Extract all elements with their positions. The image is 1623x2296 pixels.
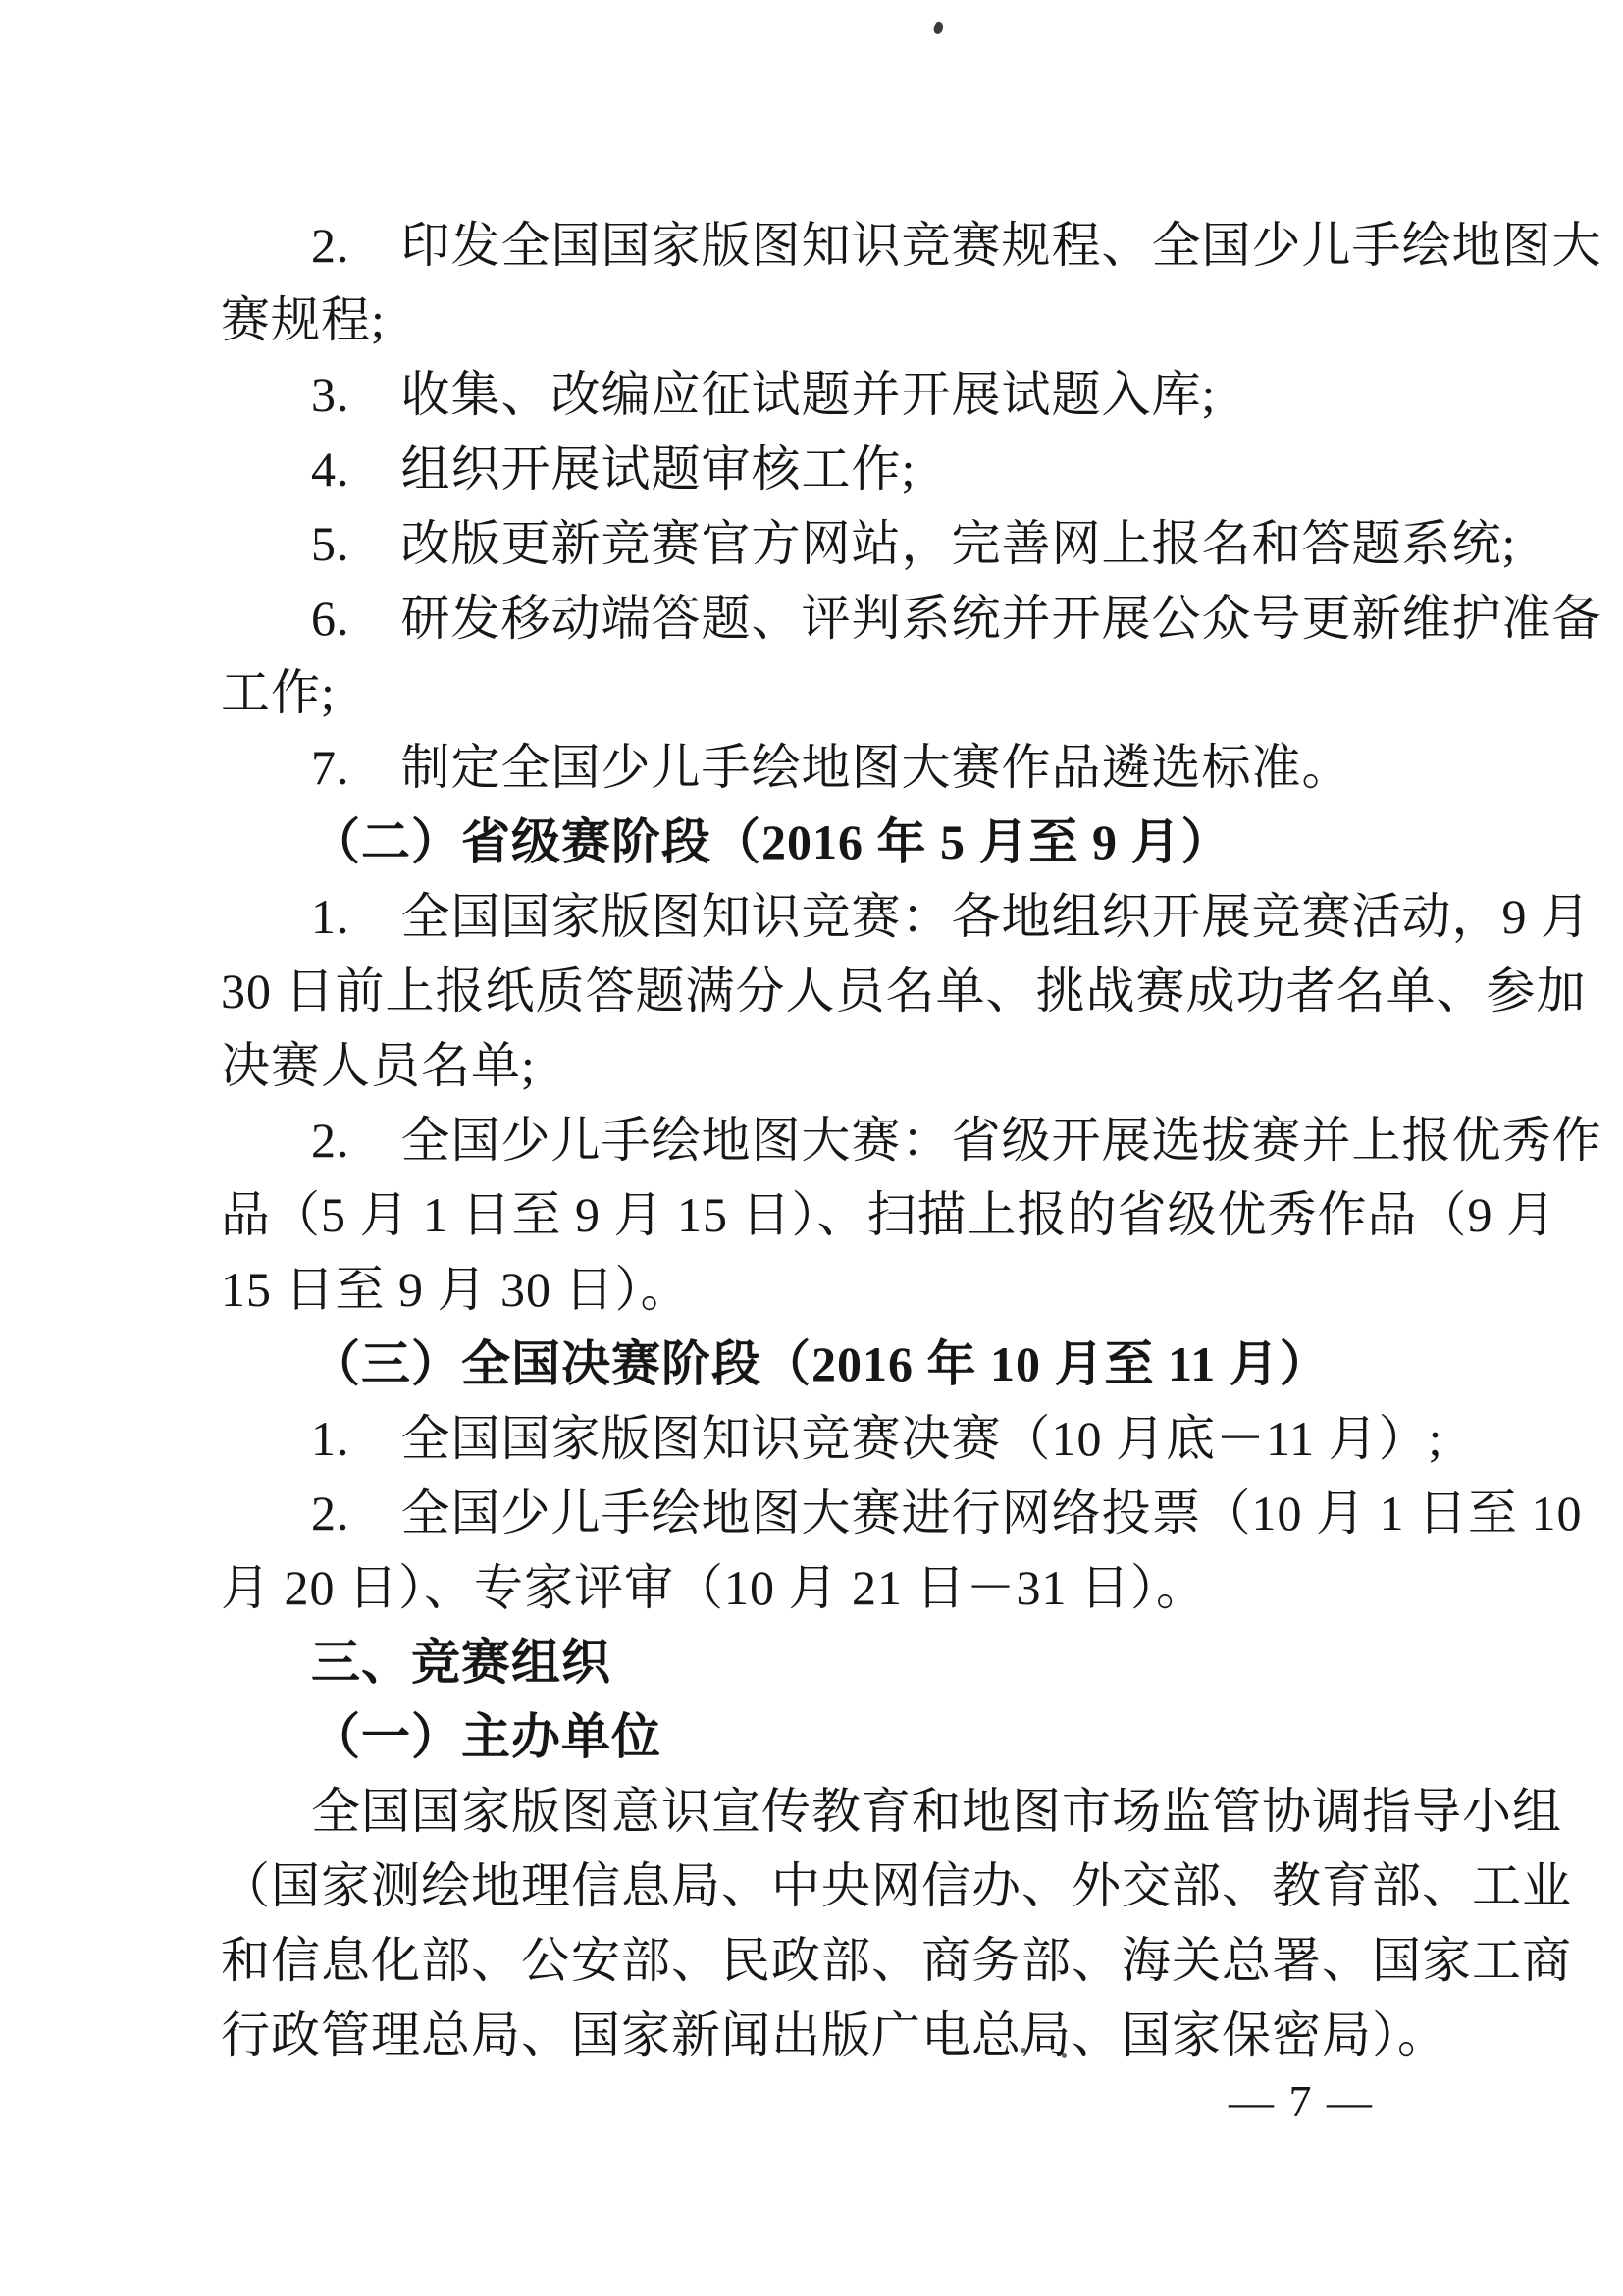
heading-host-unit: （一）主办单位 xyxy=(221,1699,1462,1774)
heading-competition-organization: 三、竞赛组织 xyxy=(221,1625,1462,1699)
final-item-1: 1. 全国国家版图知识竞赛决赛（10 月底－11 月）; xyxy=(221,1401,1462,1476)
numbered-item-5: 5. 改版更新竞赛官方网站，完善网上报名和答题系统; xyxy=(221,506,1462,581)
provincial-item-1-line-1: 1. 全国国家版图知识竞赛：各地组织开展竞赛活动，9 月 xyxy=(221,879,1462,954)
document-body: 2. 印发全国国家版图知识竞赛规程、全国少儿手绘地图大 赛规程; 3. 收集、改… xyxy=(221,208,1462,2072)
numbered-item-6-line-2: 工作; xyxy=(221,655,1462,730)
numbered-item-2-line-2: 赛规程; xyxy=(221,283,1462,357)
provincial-item-1-line-2: 30 日前上报纸质答题满分人员名单、挑战赛成功者名单、参加 xyxy=(221,954,1462,1028)
document-page: 2. 印发全国国家版图知识竞赛规程、全国少儿手绘地图大 赛规程; 3. 收集、改… xyxy=(0,0,1623,2296)
provincial-item-2-line-1: 2. 全国少儿手绘地图大赛：省级开展选拔赛并上报优秀作 xyxy=(221,1103,1462,1177)
page-number: — 7 — xyxy=(1229,2072,1374,2131)
final-item-2-line-1: 2. 全国少儿手绘地图大赛进行网络投票（10 月 1 日至 10 xyxy=(221,1476,1462,1550)
scan-speck xyxy=(1021,2048,1026,2053)
host-unit-para-line-2: （国家测绘地理信息局、中央网信办、外交部、教育部、工业 xyxy=(221,1849,1462,1923)
scan-speck xyxy=(932,21,945,35)
provincial-item-2-line-2: 品（5 月 1 日至 9 月 15 日）、扫描上报的省级优秀作品（9 月 xyxy=(221,1177,1462,1252)
scan-speck xyxy=(1062,2053,1067,2058)
heading-national-final-stage: （三）全国决赛阶段（2016 年 10 月至 11 月） xyxy=(221,1327,1462,1401)
provincial-item-2-line-3: 15 日至 9 月 30 日）。 xyxy=(221,1252,1462,1327)
heading-provincial-stage: （二）省级赛阶段（2016 年 5 月至 9 月） xyxy=(221,805,1462,879)
final-item-2-line-2: 月 20 日）、专家评审（10 月 21 日－31 日）。 xyxy=(221,1550,1462,1625)
numbered-item-3: 3. 收集、改编应征试题并开展试题入库; xyxy=(221,357,1462,432)
numbered-item-2-line-1: 2. 印发全国国家版图知识竞赛规程、全国少儿手绘地图大 xyxy=(221,208,1462,283)
numbered-item-4: 4. 组织开展试题审核工作; xyxy=(221,432,1462,506)
host-unit-para-line-1: 全国国家版图意识宣传教育和地图市场监管协调指导小组 xyxy=(221,1774,1462,1849)
host-unit-para-line-4: 行政管理总局、国家新闻出版广电总局、国家保密局）。 xyxy=(221,1998,1462,2072)
numbered-item-7: 7. 制定全国少儿手绘地图大赛作品遴选标准。 xyxy=(221,730,1462,805)
provincial-item-1-line-3: 决赛人员名单; xyxy=(221,1028,1462,1103)
numbered-item-6-line-1: 6. 研发移动端答题、评判系统并开展公众号更新维护准备 xyxy=(221,581,1462,655)
host-unit-para-line-3: 和信息化部、公安部、民政部、商务部、海关总署、国家工商 xyxy=(221,1923,1462,1998)
